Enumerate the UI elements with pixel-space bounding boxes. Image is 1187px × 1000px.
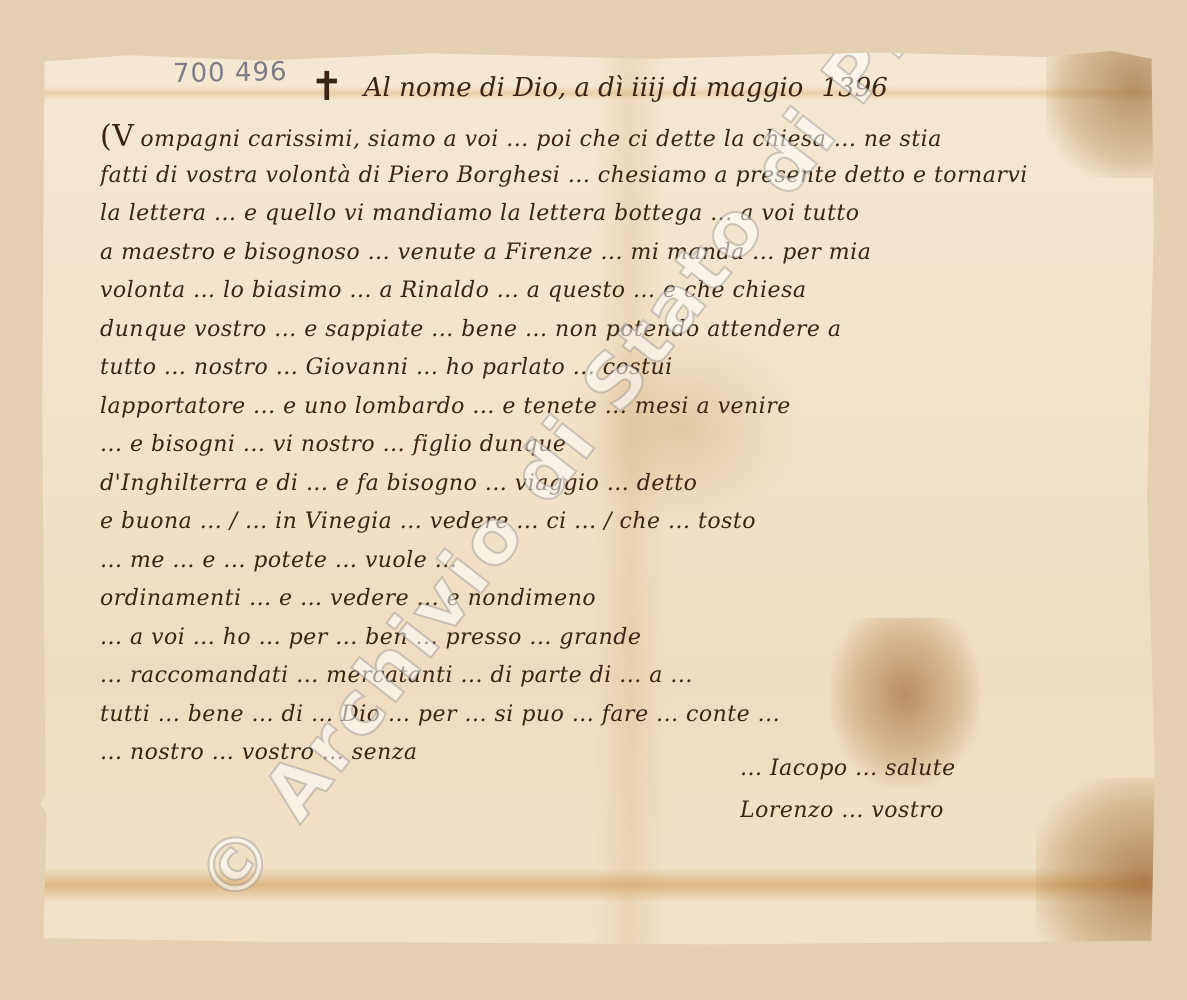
letter-sheet: 700 496 ✝ Al nome di Dio, a dì iiij di m… bbox=[40, 48, 1156, 948]
body-line: fatti di vostra volontà di Piero Borghes… bbox=[100, 157, 1150, 196]
body-line: tutti ... bene ... di ... Dio ... per ..… bbox=[100, 696, 1150, 735]
decorated-initial: (V bbox=[100, 119, 134, 154]
body-line: (Vompagni carissimi, siamo a voi ... poi… bbox=[100, 118, 1150, 157]
signature-block: ... Iacopo ... salute Lorenzo ... vostro bbox=[740, 748, 956, 832]
body-line: d'Inghilterra e di ... e fa bisogno ... … bbox=[100, 465, 1150, 504]
body-line: a maestro e bisognoso ... venute a Firen… bbox=[100, 234, 1150, 273]
archive-number: 700 496 bbox=[173, 57, 288, 89]
letter-body: (Vompagni carissimi, siamo a voi ... poi… bbox=[100, 118, 1150, 773]
invocation: Al nome di Dio, a dì bbox=[364, 73, 623, 103]
body-line: ... a voi ... ho ... per ... ben ... pre… bbox=[100, 619, 1150, 658]
water-stain-bottom-right bbox=[1036, 778, 1156, 948]
body-line: ... me ... e ... potete ... vuole ... bbox=[100, 542, 1150, 581]
signature-line: ... Iacopo ... salute bbox=[740, 748, 956, 790]
body-line: ordinamenti ... e ... vedere ... e nondi… bbox=[100, 580, 1150, 619]
body-line: e buona ... / ... in Vinegia ... vedere … bbox=[100, 503, 1150, 542]
date-text: iiij di maggio bbox=[631, 73, 803, 103]
signature-line: Lorenzo ... vostro bbox=[740, 790, 956, 832]
body-line: la lettera ... e quello vi mandiamo la l… bbox=[100, 195, 1150, 234]
cross-icon: ✝ bbox=[310, 64, 344, 110]
body-line: ... raccomandati ... mercatanti ... di p… bbox=[100, 657, 1150, 696]
